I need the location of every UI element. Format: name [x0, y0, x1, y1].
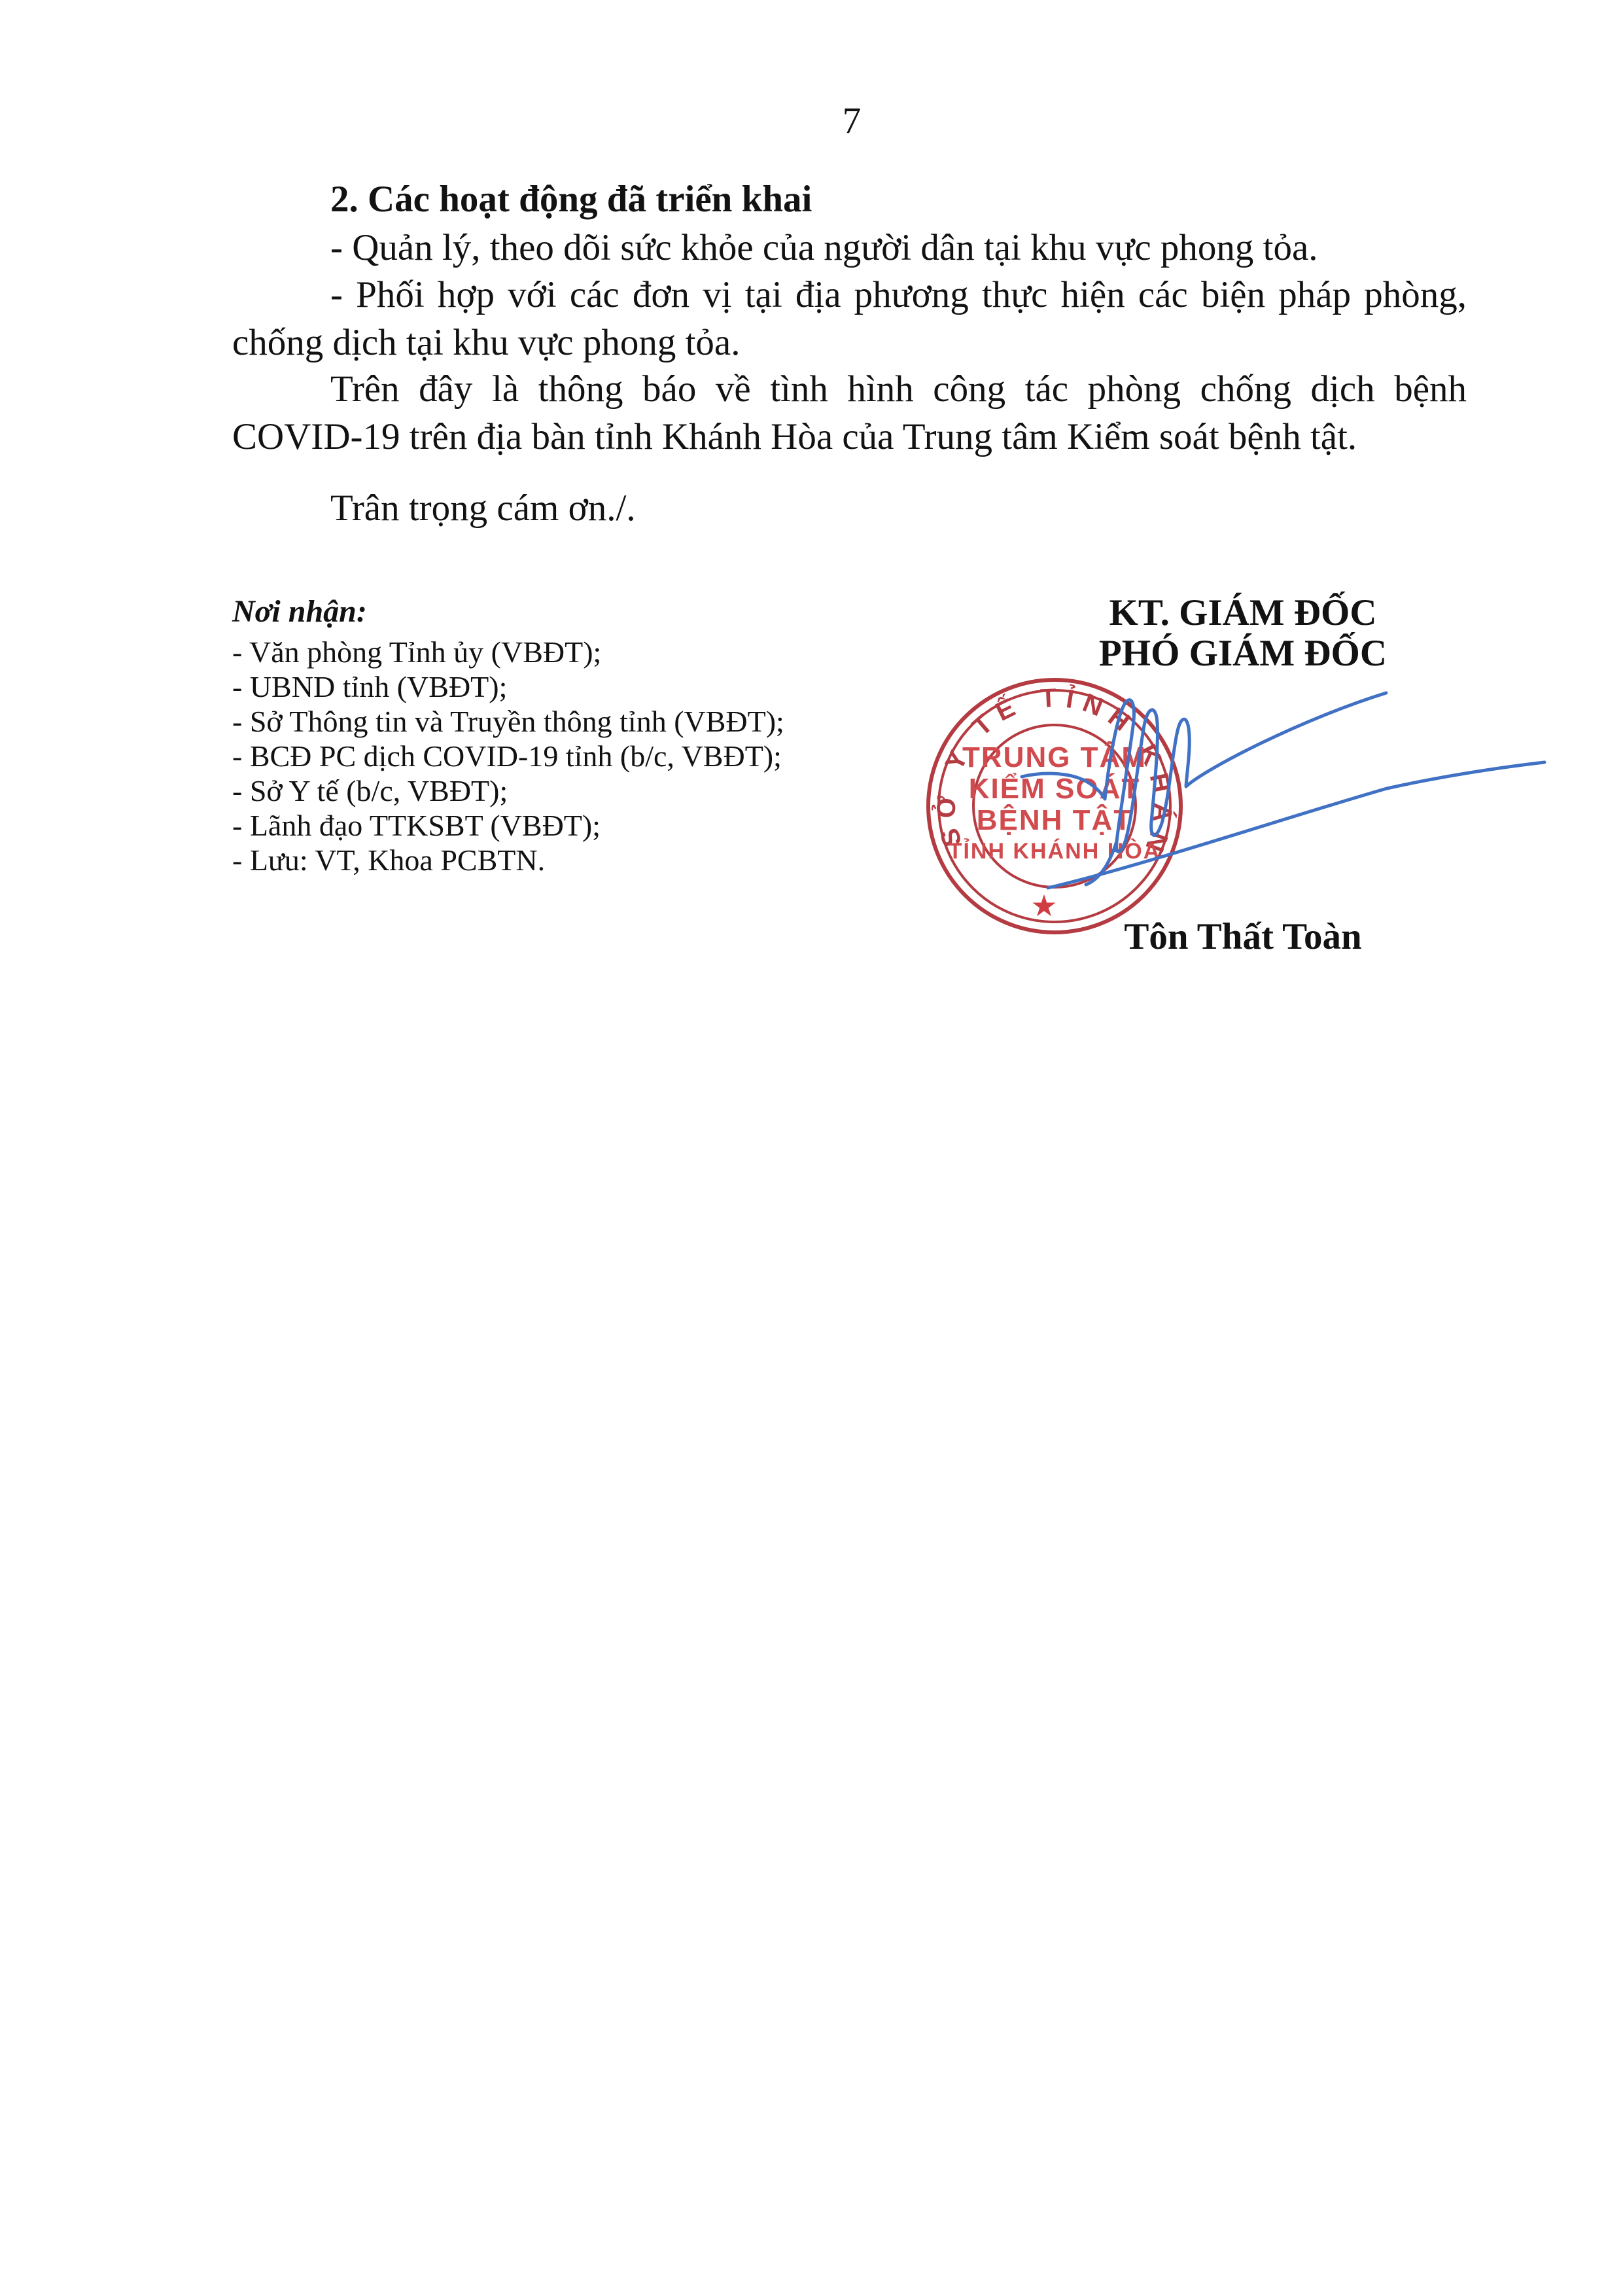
stamp-center-line-2: KIỂM SOÁT: [969, 771, 1140, 805]
stamp-center-line-3: BỆNH TẬT: [977, 804, 1132, 836]
handwritten-signature: [1022, 693, 1544, 888]
signer-title-line2: PHÓ GIÁM ĐỐC: [1018, 633, 1468, 674]
recipient-item: - Sở Y tế (b/c, VBĐT);: [232, 773, 784, 808]
stamp-center-line-1: TRUNG TÂM: [962, 741, 1147, 773]
recipient-item: - Lưu: VT, Khoa PCBTN.: [232, 843, 784, 877]
body-line-5: COVID-19 trên địa bàn tỉnh Khánh Hòa của…: [232, 414, 1357, 460]
signature-underline-stroke: [1048, 762, 1544, 888]
recipient-item: - Sở Thông tin và Truyền thông tỉnh (VBĐ…: [232, 704, 784, 739]
signature-loops-stroke: [1105, 693, 1386, 852]
recipient-item: - BCĐ PC dịch COVID-19 tỉnh (b/c, VBĐT);: [232, 739, 784, 773]
body-line-1: - Quản lý, theo dõi sức khỏe của người d…: [330, 225, 1318, 271]
stamp-middle-circle: [939, 690, 1170, 922]
signer-name: Tôn Thất Toàn: [1018, 916, 1468, 958]
signature-descender-stroke: [1086, 841, 1117, 885]
body-line-3: chống dịch tại khu vực phong tỏa.: [232, 320, 741, 366]
recipients-list: - Văn phòng Tỉnh ủy (VBĐT); - UBND tỉnh …: [232, 635, 784, 877]
page-number: 7: [826, 98, 878, 144]
section-heading: 2. Các hoạt động đã triển khai: [330, 177, 812, 222]
stamp-outer-circle: [928, 680, 1181, 932]
signer-title-line1: KT. GIÁM ĐỐC: [1018, 593, 1468, 633]
stamp-center-line-4: TỈNH KHÁNH HÒA: [949, 839, 1161, 864]
recipient-item: - Văn phòng Tỉnh ủy (VBĐT);: [232, 635, 784, 669]
recipient-item: - UBND tỉnh (VBĐT);: [232, 669, 784, 704]
signature-wave-stroke: [1022, 773, 1105, 799]
recipients-label: Nơi nhận:: [232, 593, 367, 631]
body-line-4: Trên đây là thông báo về tình hình công …: [330, 366, 1467, 412]
stamp-inner-circle: [973, 725, 1136, 887]
recipient-item: - Lãnh đạo TTKSBT (VBĐT);: [232, 808, 784, 843]
body-line-2: - Phối hợp với các đơn vị tại địa phương…: [330, 272, 1467, 318]
document-page: 7 2. Các hoạt động đã triển khai - Quản …: [0, 0, 1623, 2296]
closing-line: Trân trọng cám ơn./.: [330, 486, 636, 531]
